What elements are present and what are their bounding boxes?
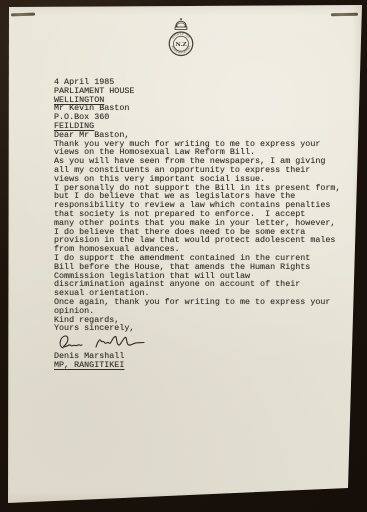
nz-parliament-seal-icon: HOUSE OF REPRESENTATIVES N.Z: [161, 17, 201, 59]
sender-title: MP, RANGITIKEI: [54, 361, 350, 370]
seal-monogram: N.Z: [175, 42, 186, 48]
body-paragraph-3: I personally do not support the Bill in …: [54, 184, 350, 254]
letter-body: 4 April 1985 PARLIAMENT HOUSE WELLINGTON…: [54, 78, 350, 370]
body-paragraph-4: I do support the amendment contained in …: [54, 254, 350, 298]
scanned-letter-photo: HOUSE OF REPRESENTATIVES N.Z 4 April 198…: [0, 0, 367, 512]
body-paragraph-2: As you will have seen from the newspaper…: [54, 157, 350, 183]
body-paragraph-1: Thank you very much for writing to me to…: [54, 140, 350, 158]
seal-ring: HOUSE OF REPRESENTATIVES N.Z: [169, 32, 192, 56]
body-paragraph-5: Once again, thank you for writing to me …: [54, 298, 350, 316]
recipient-box: P.O.Box 360: [54, 113, 350, 122]
pencil-mark-top-left: [11, 13, 35, 17]
recipient-address: Mr Kevin Baston P.O.Box 360 FEILDING: [54, 104, 350, 130]
svg-text:HOUSE OF: HOUSE OF: [171, 32, 191, 40]
letterhead: PARLIAMENT HOUSE WELLINGTON: [54, 87, 350, 105]
valediction-line: Yours sincerely,: [54, 324, 350, 333]
pencil-mark-top-right: [331, 13, 358, 16]
crown-icon: [175, 18, 187, 29]
letter-paper: HOUSE OF REPRESENTATIVES N.Z 4 April 198…: [0, 0, 367, 512]
handwritten-signature: [54, 333, 350, 352]
